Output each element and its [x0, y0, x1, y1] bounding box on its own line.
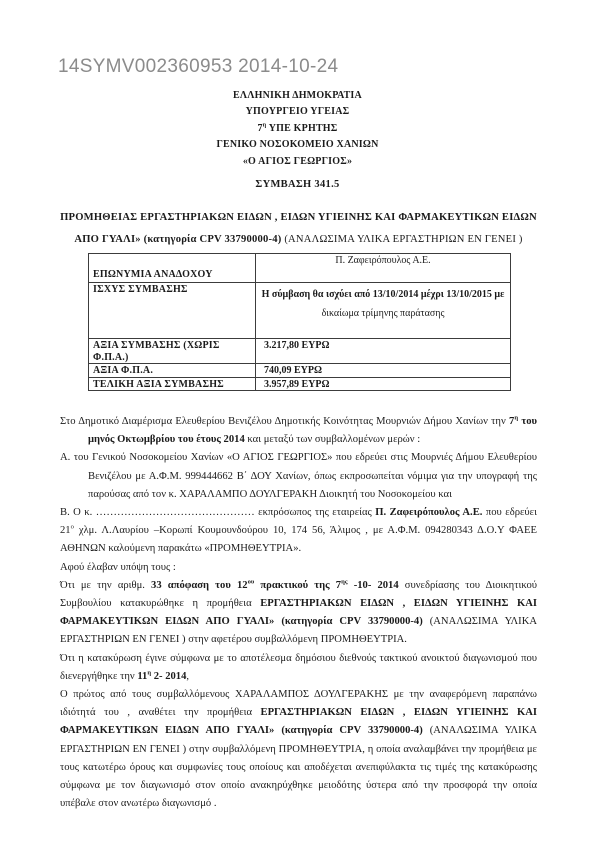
- header-line-hospital-name: «Ο ΑΓΙΟΣ ΓΕΩΡΓΙΟΣ»: [0, 154, 595, 170]
- contract-document-page: 14SYMV002360953 2014-10-24 ΕΛΛΗΝΙΚΗ ΔΗΜΟ…: [0, 0, 595, 842]
- body-paragraph-party-a: Α. του Γενικού Νοσοκομείου Χανίων «Ο ΑΓΙ…: [60, 449, 537, 504]
- contract-summary-table: ΕΠΩΝΥΜΙΑ ΑΝΑΔΟΧΟΥ Π. Ζαφειρόπουλος Α.Ε. …: [88, 253, 511, 391]
- body-paragraph-party-b: Β. Ο κ. ……………………………………… εκπρόσωπος της ε…: [60, 504, 537, 559]
- table-row-validity: ΙΣΧΥΣ ΣΥΜΒΑΣΗΣ Η σύμβαση θα ισχύει από 1…: [89, 283, 511, 339]
- validity-label: ΙΣΧΥΣ ΣΥΜΒΑΣΗΣ: [89, 283, 256, 339]
- table-row-value-net: ΑΞΙΑ ΣΥΜΒΑΣΗΣ (ΧΩΡΙΣ Φ.Π.Α.) 3.217,80 ΕΥ…: [89, 339, 511, 364]
- body-paragraph-award-decision: Ότι με την αριθμ. 33 απόφαση του 12ου πρ…: [60, 577, 537, 650]
- contract-body-text: Στο Δημοτικό Διαμέρισμα Ελευθερίου Βενιζ…: [60, 413, 537, 813]
- body-paragraph-considering: Αφού έλαβαν υπόψη τους :: [60, 559, 537, 577]
- document-registry-id: 14SYMV002360953 2014-10-24: [58, 56, 338, 78]
- table-row-value-total: ΤΕΛΙΚΗ ΑΞΙΑ ΣΥΜΒΑΣΗΣ 3.957,89 ΕΥΡΩ: [89, 377, 511, 391]
- body-paragraph-preamble: Στο Δημοτικό Διαμέρισμα Ελευθερίου Βενιζ…: [60, 413, 537, 449]
- body-paragraph-tender-date: Ότι η κατακύρωση έγινε σύμφωνα με το απο…: [60, 650, 537, 686]
- body-paragraph-assignment: Ο πρώτος από τους συμβαλλόμενους ΧΑΡΑΛΑΜ…: [60, 686, 537, 813]
- table-row-contractor: ΕΠΩΝΥΜΙΑ ΑΝΑΔΟΧΟΥ Π. Ζαφειρόπουλος Α.Ε.: [89, 254, 511, 283]
- contract-title: ΠΡΟΜΗΘΕΙΑΣ ΕΡΓΑΣΤΗΡΙΑΚΩΝ ΕΙΔΩΝ , ΕΙΔΩΝ Υ…: [60, 207, 537, 251]
- header-line-region: 7η ΥΠΕ ΚΡΗΤΗΣ: [0, 121, 595, 137]
- table-row-vat: ΑΞΙΑ Φ.Π.Α. 740,09 ΕΥΡΩ: [89, 364, 511, 378]
- value-total-label: ΤΕΛΙΚΗ ΑΞΙΑ ΣΥΜΒΑΣΗΣ: [89, 377, 256, 391]
- value-net-label: ΑΞΙΑ ΣΥΜΒΑΣΗΣ (ΧΩΡΙΣ Φ.Π.Α.): [89, 339, 256, 364]
- value-total-amount: 3.957,89 ΕΥΡΩ: [256, 377, 511, 391]
- contract-number: ΣΥΜΒΑΣΗ 341.5: [0, 179, 595, 190]
- validity-value: Η σύμβαση θα ισχύει από 13/10/2014 μέχρι…: [256, 283, 511, 339]
- header-line-ministry: ΥΠΟΥΡΓΕΙΟ ΥΓΕΙΑΣ: [0, 104, 595, 120]
- contractor-label: ΕΠΩΝΥΜΙΑ ΑΝΑΔΟΧΟΥ: [89, 254, 256, 283]
- header-line-hospital: ΓΕΝΙΚΟ ΝΟΣΟΚΟΜΕΙΟ ΧΑΝΙΩΝ: [0, 137, 595, 153]
- vat-amount: 740,09 ΕΥΡΩ: [256, 364, 511, 378]
- header-line-republic: ΕΛΛΗΝΙΚΗ ΔΗΜΟΚΡΑΤΙΑ: [0, 88, 595, 104]
- value-net-amount: 3.217,80 ΕΥΡΩ: [256, 339, 511, 364]
- government-header: ΕΛΛΗΝΙΚΗ ΔΗΜΟΚΡΑΤΙΑ ΥΠΟΥΡΓΕΙΟ ΥΓΕΙΑΣ 7η …: [0, 88, 595, 170]
- vat-label: ΑΞΙΑ Φ.Π.Α.: [89, 364, 256, 378]
- contractor-value: Π. Ζαφειρόπουλος Α.Ε.: [256, 254, 511, 283]
